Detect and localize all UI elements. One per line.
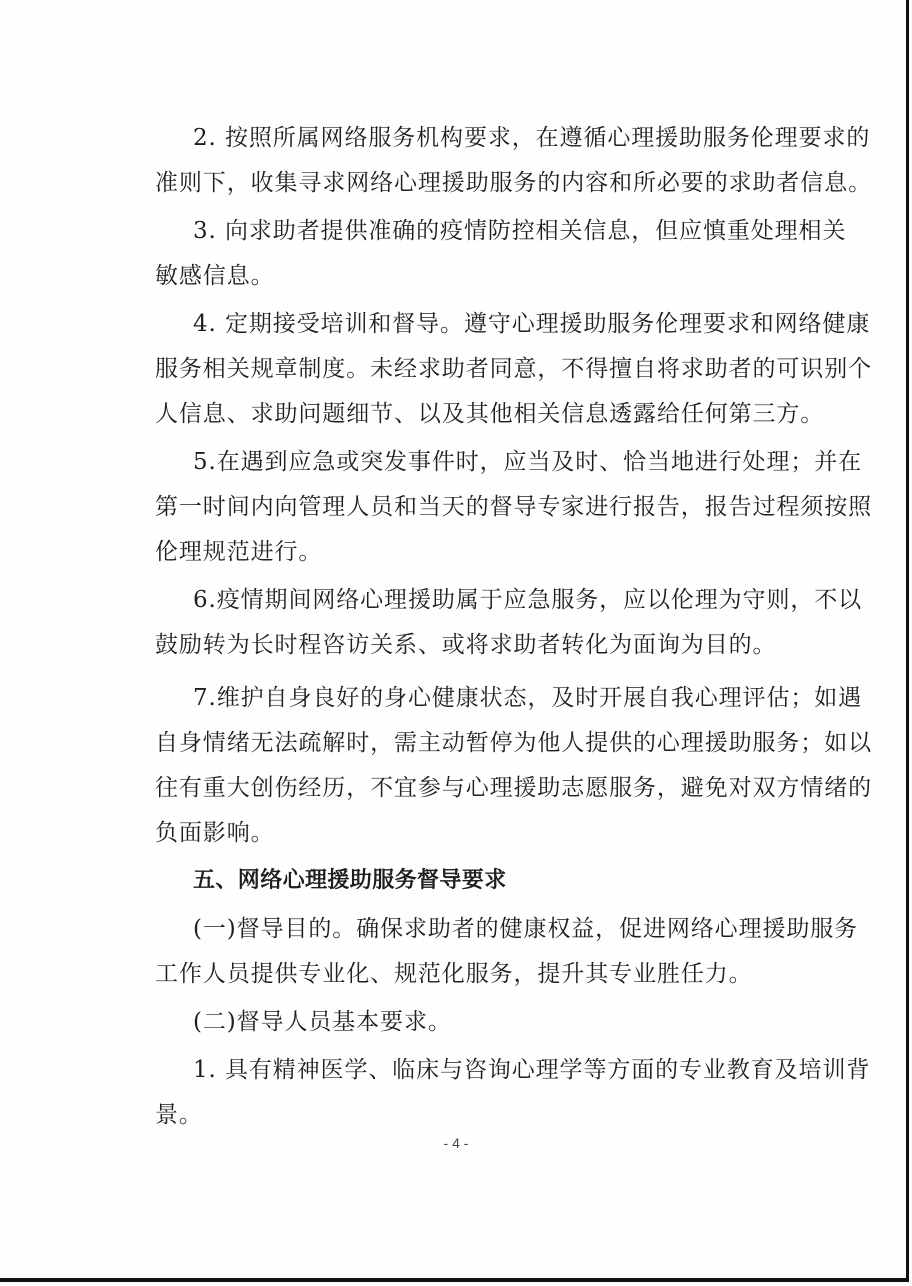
paragraph-item-3: 3. 向求助者提供准确的疫情防控相关信息，但应慎重处理相关 敏感信息。 (155, 211, 759, 301)
text-line: 负面影响。 (155, 813, 759, 858)
text-line: (一)督导目的。确保求助者的健康权益，促进网络心理援助服务 (155, 909, 759, 954)
text-line: 4. 定期接受培训和督导。遵守心理援助服务伦理要求和网络健康 (155, 304, 759, 349)
text-line: 敏感信息。 (155, 256, 759, 301)
paragraph-item-2: 2. 按照所属网络服务机构要求，在遵循心理援助服务伦理要求的 准则下，收集寻求网… (155, 118, 759, 208)
text-line: 自身情绪无法疏解时，需主动暂停为他人提供的心理援助服务；如以 (155, 723, 759, 768)
text-line: 往有重大创伤经历，不宜参与心理援助志愿服务，避免对双方情绪的 (155, 768, 759, 813)
text-line: 工作人员提供专业化、规范化服务，提升其专业胜任力。 (155, 954, 759, 999)
text-line: 第一时间内向管理人员和当天的督导专家进行报告，报告过程须按照 (155, 487, 759, 532)
paragraph-item-7: 7.维护自身良好的身心健康状态，及时开展自我心理评估；如遇 自身情绪无法疏解时，… (155, 678, 759, 858)
paragraph-item-6: 6.疫情期间网络心理援助属于应急服务，应以伦理为守则，不以 鼓励转为长时程咨访关… (155, 580, 759, 670)
paragraph-item-4: 4. 定期接受培训和督导。遵守心理援助服务伦理要求和网络健康 服务相关规章制度。… (155, 304, 759, 439)
text-line: 鼓励转为长时程咨访关系、或将求助者转化为面询为目的。 (155, 625, 759, 670)
text-line: 伦理规范进行。 (155, 532, 759, 577)
text-line: (二)督导人员基本要求。 (155, 1002, 759, 1047)
text-line: 服务相关规章制度。未经求助者同意，不得擅自将求助者的可识别个 (155, 349, 759, 394)
text-line: 景。 (155, 1095, 759, 1140)
text-line: 准则下，收集寻求网络心理援助服务的内容和所必要的求助者信息。 (155, 163, 759, 208)
paragraph-item-5: 5.在遇到应急或突发事件时，应当及时、恰当地进行处理；并在 第一时间内向管理人员… (155, 442, 759, 577)
text-line: 人信息、求助问题细节、以及其他相关信息透露给任何第三方。 (155, 394, 759, 439)
text-line: 6.疫情期间网络心理援助属于应急服务，应以伦理为守则，不以 (155, 580, 759, 625)
page-body: 2. 按照所属网络服务机构要求，在遵循心理援助服务伦理要求的 准则下，收集寻求网… (155, 118, 759, 1140)
text-line: 3. 向求助者提供准确的疫情防控相关信息，但应慎重处理相关 (155, 211, 759, 256)
text-line: 5.在遇到应急或突发事件时，应当及时、恰当地进行处理；并在 (155, 442, 759, 487)
text-line: 2. 按照所属网络服务机构要求，在遵循心理援助服务伦理要求的 (155, 118, 759, 163)
subsection-requirement-1: 1. 具有精神医学、临床与咨询心理学等方面的专业教育及培训背 景。 (155, 1050, 759, 1140)
text-line: 1. 具有精神医学、临床与咨询心理学等方面的专业教育及培训背 (155, 1050, 759, 1095)
page-number: - 4 - (0, 1135, 912, 1151)
section-heading: 五、网络心理援助服务督导要求 (155, 861, 759, 906)
subsection-supervisor-requirements: (二)督导人员基本要求。 (155, 1002, 759, 1047)
subsection-supervision-purpose: (一)督导目的。确保求助者的健康权益，促进网络心理援助服务 工作人员提供专业化、… (155, 909, 759, 999)
text-line: 7.维护自身良好的身心健康状态，及时开展自我心理评估；如遇 (155, 678, 759, 723)
document-page: 2. 按照所属网络服务机构要求，在遵循心理援助服务伦理要求的 准则下，收集寻求网… (0, 0, 909, 1282)
